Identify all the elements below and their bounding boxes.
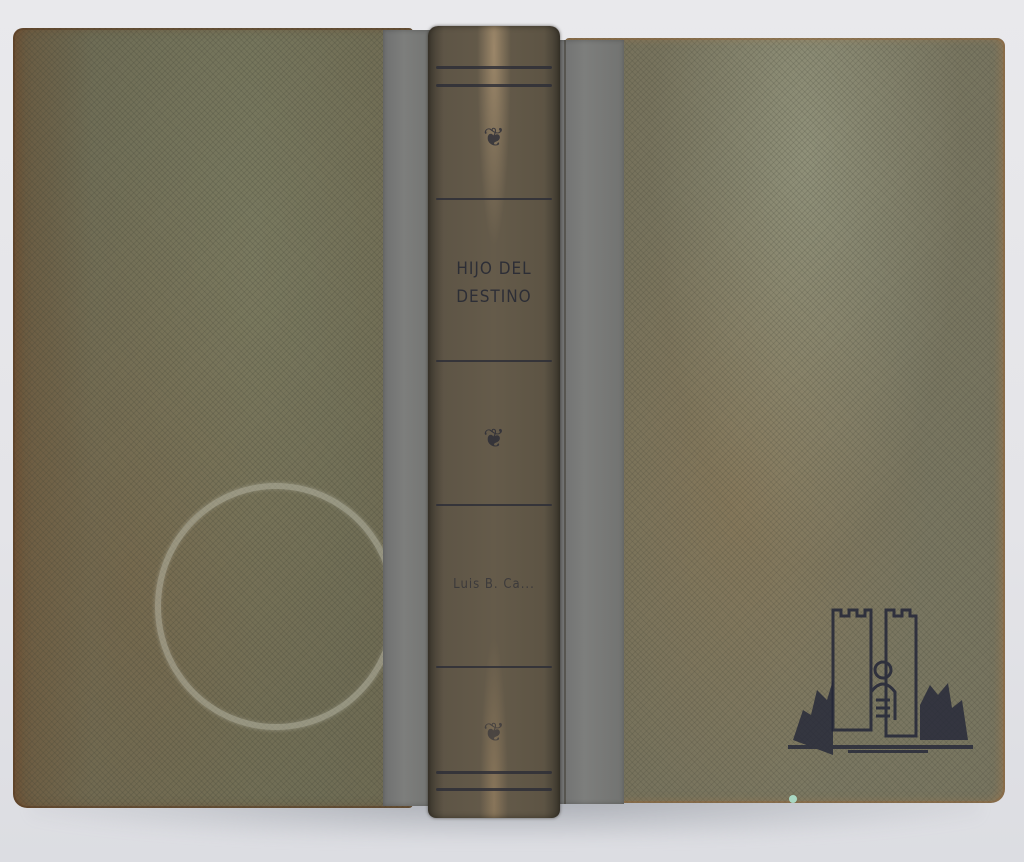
spine-rule — [436, 198, 552, 200]
spine-rule — [436, 788, 552, 791]
spine-title-line-1: HIJO DEL — [428, 256, 560, 282]
hinge-crease — [564, 40, 566, 804]
spine-title-line-2: DESTINO — [428, 284, 560, 310]
right-hinge — [558, 40, 624, 804]
crest-icon: ❦ — [479, 422, 509, 456]
spine-rule — [436, 360, 552, 362]
castle-icon — [788, 600, 973, 755]
spot-mark — [789, 795, 797, 803]
crest-icon: ❦ — [479, 716, 509, 750]
spine-rule — [436, 666, 552, 668]
spine-author: Luis B. Ca... — [428, 572, 560, 598]
spine-rule — [436, 84, 552, 87]
spine-rule — [436, 66, 552, 69]
spine-rule — [436, 771, 552, 774]
spine-rule — [436, 504, 552, 506]
book-spine: ❦ HIJO DEL DESTINO ❦ Luis B. Ca... ❦ — [428, 26, 560, 818]
crest-icon: ❦ — [479, 121, 509, 155]
circular-stain — [155, 483, 397, 730]
